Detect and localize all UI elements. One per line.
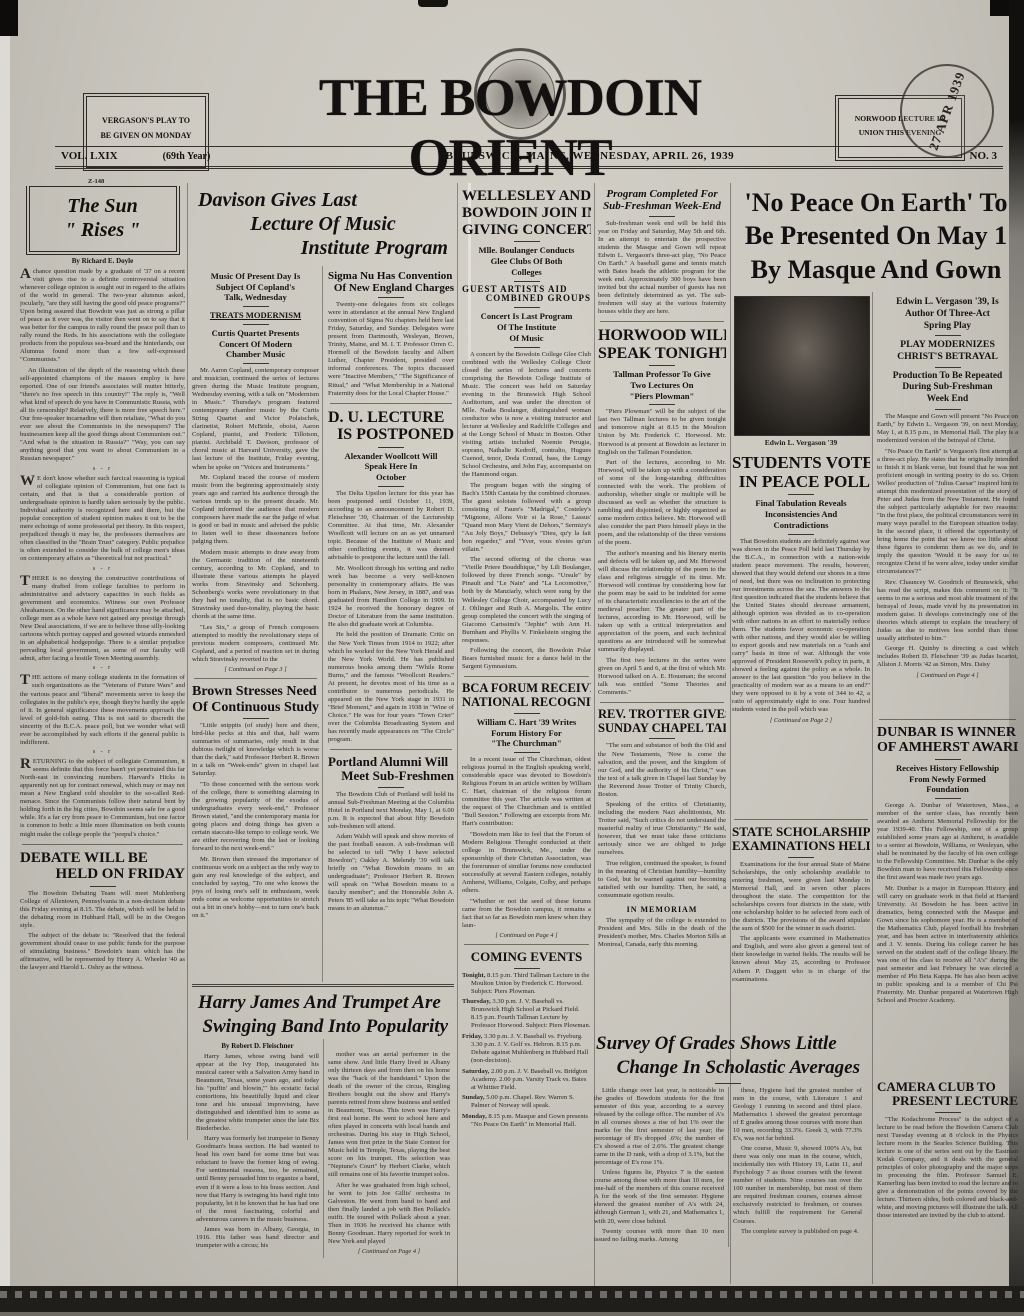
subhead-line: William C. Hart '39 Writes [464,717,589,728]
subhead: Production To Be Repeated During Sub-Fre… [879,371,1016,406]
column-davison: Music Of Present Day Is Subject Of Copla… [192,268,319,982]
brown-heading: Brown Stresses Need Of Continuous Study [192,684,319,715]
horwood-body: "Piers Plowman" will be the subject of t… [598,408,726,697]
heading-rule [378,447,404,448]
paragraph: Sunday, 5.00 p.m. Chapel. Rev. Warren S.… [462,1094,591,1110]
state-scholarship-body: Examinations for the four annual State o… [732,861,870,984]
wellesley-body: A concert by the Bowdoin College Glee Cl… [462,351,591,672]
paragraph: Harry James, whose swing band will appea… [196,1053,319,1133]
brown-body: "Little snippits (of study) here and the… [192,722,319,920]
trotter-heading: REV. TROTTER GIVES SUNDAY CHAPEL TALK [598,708,726,736]
paragraph: "The Kodachrome Process" is the subject … [877,1116,1018,1220]
debate-heading: DEBATE WILL BE HELD ON FRIDAY [20,850,185,883]
paragraph: The Bowdoin Debating Team will meet Muhl… [20,890,185,930]
heading-rule [514,307,540,308]
section-rule [194,678,317,679]
section-separator: s - r [20,466,185,472]
paragraph: Tonight, 8.15 p.m. Third Tallman Lecture… [462,972,591,996]
paragraph: A concert by the Bowdoin College Glee Cl… [462,351,591,480]
paragraph: The complete survey is published on page… [733,1228,862,1236]
paragraph: THE actions of many college students in … [20,674,185,746]
paragraph: Speaking of the critics of Christianity,… [598,801,726,857]
subhead-line: Of The Institute [464,322,589,333]
column-sigma-du-portland: Sigma Nu Has Convention Of New England C… [328,268,454,982]
headline-line: 'No Peace On Earth' To [732,186,1020,219]
subhead: Music Of Present Day Is Subject Of Copla… [194,271,317,303]
paragraph: James was born in Albany, Georgia, in 19… [196,1226,319,1250]
paragraph: Following the concert, the Bowdoin Polar… [462,647,591,671]
heading-line: GIVING CONCERT [462,222,591,239]
peace-poll-heading: STUDENTS VOTE IN PEACE POLL [732,454,870,491]
headline-line: Lecture Of Music [192,212,454,236]
subhead-line: From Newly Formed [879,774,1016,785]
subhead: Receives History Fellowship From Newly F… [879,763,1016,795]
no-peace-headline: 'No Peace On Earth' To Be Presented On M… [732,186,1020,286]
du-lecture-body: The Delta Upsilon lecture for this year … [328,490,454,744]
heading-rule [788,534,814,535]
byline: By Richard E. Doyle [20,257,185,265]
paragraph: Unless figures lie, Physics 7 is the eas… [594,1169,724,1225]
harry-james-headline: Harry James And Trumpet Are Swinging Ban… [192,991,454,1039]
paragraph: these, Hygiene had the greatest number o… [733,1087,862,1143]
heading-line: CAMERA CLUB TO [877,1080,1018,1094]
subhead: Final Tabulation Reveals Inconsistencies… [734,498,868,530]
peace-poll-article: STUDENTS VOTE IN PEACE POLL Final Tabula… [732,452,870,810]
paragraph: Rev. Chauncey W. Goodrich of Brunswick, … [877,579,1018,643]
wellesley-heading: WELLESLEY AND BOWDOIN JOIN IN GIVING CON… [462,188,591,238]
subhead: Mlle. Boulanger Conducts Glee Clubs Of B… [464,245,589,277]
subhead-line: Production To Be Repeated [879,371,1016,383]
subhead-line: Of Music [464,333,589,344]
paragraph: "Bowdoin men like to feel that the Forum… [462,831,591,895]
paragraph: True religion, continued the speaker, is… [598,860,726,900]
subhead-line: Concert Of Modern [194,339,317,350]
column-subfreshman-horwood-trotter: Program Completed For Sub-Freshman Week-… [598,186,726,1028]
heading-rule [649,738,675,739]
paragraph: George H. Quinby is directing a cast whi… [877,645,1018,669]
heading-line: Sub-Freshman Week-End [598,200,726,212]
paragraph: Sub-freshman week end will be held this … [598,220,726,316]
bca-heading: BCA FORUM RECEIVES NATIONAL RECOGNITION [462,682,591,710]
bca-body: In a recent issue of The Churchman, olde… [462,756,591,930]
continued-line: [ Continued on Page 3 ] [192,666,319,673]
subhead-line: Two Lectures On [600,380,724,391]
peace-poll-body: That Bowdoin students are definitely aga… [732,538,870,715]
subhead-line: Foundation [879,784,1016,795]
dunbar-body: George A. Dunbar of Watertown, Mass., a … [877,802,1018,1005]
paragraph: Thursday, 3.30 p.m. J. V. Baseball vs. B… [462,998,591,1030]
heading-line: EXAMINATIONS HELD [732,839,870,853]
column-rule [322,266,323,982]
subhead-line: Concert Is Last Program [464,311,589,322]
subhead-line: PLAY MODERNIZES [879,339,1016,351]
paragraph: Twenty-one delegates from six colleges w… [328,301,454,397]
heading-rule [378,486,404,487]
section-rule [734,819,868,820]
heading-line: D. U. LECTURE [328,409,454,427]
davison-headline: Davison Gives Last Lecture Of Music Inst… [192,188,454,260]
section-rule [464,676,589,677]
heading-rule [90,886,116,887]
subhead-line: CHRIST'S BETRAYAL [879,351,1016,363]
survey-columns: Little change over last year, is noticea… [590,1087,866,1247]
heading-line: Brown Stresses Need [192,684,319,699]
no-peace-body: The Masque and Gown will present "No Pea… [877,413,1018,669]
heading-rule [514,281,540,282]
subhead-line: During Sub-Freshman [879,382,1016,394]
heading-rule [514,968,540,969]
subhead: Tallman Professor To Give Two Lectures O… [600,369,724,401]
heading-rule [243,718,269,719]
sigma-nu-body: Twenty-one delegates from six colleges w… [328,301,454,397]
subhead: Concert Is Last Program Of The Institute… [464,311,589,343]
subhead-line: COMBINED GROUPS [462,294,591,304]
paragraph: Monday, 8.15 p.m. Masque and Gown presen… [462,1113,591,1129]
heading-rule [935,409,961,410]
subhead-line: Chamber Music [194,349,317,360]
subhead-line: Contradictions [734,520,868,531]
heading-rule [935,798,961,799]
subhead-line: Forum History For [464,728,589,739]
paragraph: The applicants were examined in Mathemat… [732,935,870,983]
heading-rule [935,1112,961,1113]
continued-line: [ Continued on Page 4 ] [877,672,1018,679]
heading-line: REV. TROTTER GIVES [598,708,726,722]
paragraph: The Masque and Gown will present "No Pea… [877,413,1018,445]
dunbar-heading: DUNBAR IS WINNER OF AMHERST AWARD [877,725,1018,756]
subhead-line: Speak Here In [330,461,452,472]
du-lecture-heading: D. U. LECTURE IS POSTPONED [328,409,454,444]
headline-line: Institute Program [192,236,454,260]
photo-caption: Edwin L. Vergason '39 [734,438,868,447]
subhead-line: October [330,472,452,483]
heading-line: Of Continuous Study [192,700,319,715]
paragraph: The second offering of the chorus was "V… [462,556,591,644]
issue-number: NO. 3 [970,150,998,162]
heading-rule [649,216,675,217]
paragraph: Examinations for the four annual State o… [732,861,870,933]
subhead-line: Colleges [464,267,589,278]
coming-events-heading: COMING EVENTS [462,950,591,965]
heading-rule [378,787,404,788]
heading-line: WELLESLEY AND [462,188,591,205]
paragraph: George A. Dunbar of Watertown, Mass., a … [877,802,1018,882]
heading-line: PRESENT LECTURE [877,1094,1018,1108]
paragraph: Twenty courses with more than 10 men iss… [594,1228,724,1244]
section-rule [330,749,452,750]
subhead-line: Subject Of Copland's [194,282,317,293]
memoriam-body: The sympathy of the college is extended … [598,917,726,949]
heading-line: IS POSTPONED [328,426,454,444]
paragraph: THERE is no denying the constructive con… [20,575,185,663]
harry-james-columns: By Robert D. Fleischner Harry James, who… [192,1039,454,1259]
sun-rises-title-box: The Sun " Rises " [29,186,177,252]
paragraph: Mr. Aaron Copland, contemporary composer… [192,367,319,471]
stamp-date: 27 APR 1939 [925,70,968,153]
subhead-line: Inconsistencies And [734,509,868,520]
heading-line: DEBATE WILL BE [20,850,185,867]
memoriam-heading: IN MEMORIAM [598,906,726,915]
state-scholarship-article: STATE SCHOLARSHIP EXAMINATIONS HELD Exam… [732,814,870,1062]
paragraph: Mr. Woollcott through his writing and ra… [328,565,454,629]
subhead-line: Alexander Woollcott Will [330,451,452,462]
section-separator: s - r [20,749,185,755]
subhead-line: Mlle. Boulanger Conducts [464,245,589,256]
heading-rule [243,306,269,307]
paragraph: Friday, 3.30 p.m. J. V. Baseball vs. Fry… [462,1033,591,1065]
debate-body: The Bowdoin Debating Team will meet Muhl… [20,890,185,973]
column-rule [872,292,873,1284]
subfreshman-heading: Program Completed For Sub-Freshman Week-… [598,188,726,213]
column-title: The Sun [32,194,174,218]
scan-artifact [0,0,18,36]
section-rule [22,844,183,845]
heading-line: BCA FORUM RECEIVES [462,682,591,696]
state-scholarship-heading: STATE SCHOLARSHIP EXAMINATIONS HELD [732,825,870,854]
heading-line: HORWOOD WILL [598,327,726,345]
subhead-line: "Piers Plowman" [600,391,724,402]
ear-text: BE GIVEN ON MONDAY [87,128,205,143]
heading-line: SPEAK TONIGHT [598,345,726,363]
scan-edge-bottom [0,1286,1024,1316]
paragraph: WE don't know whether such farcical reas… [20,475,185,563]
paragraph: A chance question made by a graduate of … [20,268,185,364]
subhead: Alexander Woollcott Will Speak Here In O… [330,451,452,483]
paragraph: Part of the lectures, according to Mr. H… [598,459,726,547]
section-rule [464,944,589,945]
article-body: these, Hygiene had the greatest number o… [733,1087,862,1237]
paragraph: "No Peace On Earth" is Vergason's first … [877,448,1018,577]
paragraph: "The sum and substance of both the Old a… [598,742,726,798]
scan-artifact [418,0,448,7]
section-separator: s - r [20,566,185,572]
heading-line: Meet Sub-Freshmen [328,769,454,783]
section-rule [600,702,724,703]
paragraph: The program began with the singing of Ba… [462,482,591,554]
paragraph: Mr. Copland traced the course of modern … [192,474,319,546]
paragraph: RETURNING to the subject of collegiate C… [20,758,185,838]
paragraph: Modern music attempts to draw away from … [192,549,319,621]
subhead-line: Edwin L. Vergason '39, Is [879,297,1016,309]
heading-line: SUNDAY CHAPEL TALK [598,722,726,736]
subhead-line: Glee Clubs Of Both [464,256,589,267]
davison-body: Mr. Aaron Copland, contemporary composer… [192,367,319,664]
subhead: William C. Hart '39 Writes Forum History… [464,717,589,749]
heading-rule [935,759,961,760]
horwood-heading: HORWOOD WILL SPEAK TONIGHT [598,327,726,362]
heading-line: STATE SCHOLARSHIP [732,825,870,839]
column-title: " Rises " [32,218,174,242]
section-separator: s - r [20,665,185,671]
paragraph: In a recent issue of The Churchman, olde… [462,756,591,828]
headline-line: Swinging Band Into Popularity [192,1015,454,1039]
paragraph: "Piers Plowman" will be the subject of t… [598,408,726,456]
coming-events-list: Tonight, 8.15 p.m. Third Tallman Lecture… [462,972,591,1129]
paragraph: One course, Music 9, showed 100% A's, bu… [733,1145,862,1225]
heading-rule [514,713,540,714]
subhead-line: Final Tabulation Reveals [734,498,868,509]
heading-rule [649,404,675,405]
paragraph: Saturday, 2.00 p.m. J. V. Baseball vs. B… [462,1068,591,1092]
postmark-stamp: 27 APR 1939 [900,64,994,158]
heading-rule [514,241,540,242]
subhead-caps: GUEST ARTISTS AID COMBINED GROUPS [462,285,591,305]
sigma-nu-heading: Sigma Nu Has Convention Of New England C… [328,270,454,294]
subhead-line: Receives History Fellowship [879,763,1016,774]
harry-james-article: Harry James And Trumpet Are Swinging Ban… [192,984,454,1314]
paragraph: That Bowdoin students are definitely aga… [732,538,870,715]
portland-body: The Bowdoin Club of Portland will hold i… [328,791,454,914]
subhead-line: Tallman Professor To Give [600,369,724,380]
subfreshman-body: Sub-freshman week end will be held this … [598,220,726,316]
portland-heading: Portland Alumni Will Meet Sub-Freshmen [328,755,454,784]
subhead-caps: PLAY MODERNIZES CHRIST'S BETRAYAL [879,339,1016,363]
heading-line: Of New England Charges [328,282,454,294]
newspaper-title: THE BOWDOIN ORIENT [225,68,795,188]
heading-rule [935,335,961,336]
heading-rule [243,363,269,364]
vergason-article: Edwin L. Vergason '39, Is Author Of Thre… [877,294,1018,710]
survey-col-1: Little change over last year, is noticea… [590,1087,728,1247]
dunbar-article: DUNBAR IS WINNER OF AMHERST AWARD Receiv… [877,714,1018,1074]
newspaper-page: VERGASON'S PLAY TO BE GIVEN ON MONDAY Z-… [0,0,1024,1316]
heading-line: HELD ON FRIDAY [20,866,185,883]
harry-james-col-1: By Robert D. Fleischner Harry James, who… [192,1039,323,1259]
paragraph: An illustration of the depth of the reas… [20,367,185,463]
heading-rule [649,365,675,366]
survey-col-2: these, Hygiene had the greatest number o… [728,1087,866,1247]
heading-rule [243,324,269,325]
edition-code: Z-148 [88,178,104,185]
heading-rule [378,297,404,298]
headline-line: Harry James And Trumpet Are [192,991,454,1015]
camera-club-body: "The Kodachrome Process" is the subject … [877,1116,1018,1220]
continued-line: [ Continued on Page 2 ] [732,717,870,724]
paragraph: The sympathy of the college is extended … [598,917,726,949]
paragraph: The subject of the debate is: "Resolved … [20,932,185,972]
subhead-line: Week End [879,394,1016,406]
subhead-line: Author Of Three-Act [879,309,1016,321]
subhead-line: Talk, Wednesday [194,292,317,303]
heading-line: OF AMHERST AWARD [877,740,1018,755]
paragraph: "Les Six," a group of French composers a… [192,624,319,664]
column-rule [187,183,188,1140]
paragraph: The first two lectures in the series wer… [598,657,726,697]
heading-line: IN PEACE POLL [732,473,870,492]
column-editorial: The Sun " Rises " By Richard E. Doyle A … [20,186,185,1306]
heading-line: NATIONAL RECOGNITION [462,696,591,710]
heading-rule [514,347,540,348]
continued-line: [ Continued on Page 4 ] [328,1248,450,1255]
subhead-line: "The Churchman" [464,738,589,749]
paragraph: Mr. Brown then stressed the importance o… [192,856,319,920]
paragraph: "Whether or not the seed of these forums… [462,898,591,930]
scan-edge-right [1009,0,1024,1316]
vergason-portrait-photo [734,296,870,436]
continued-line: [ Continued on Page 4 ] [462,932,591,939]
paragraph: Little change over last year, is noticea… [594,1087,724,1167]
paragraph: Mr. Dunbar is a major in European Histor… [877,885,1018,1005]
subhead-line: Curtis Quartet Presents [194,328,317,339]
paragraph: He held the position of Dramatic Critic … [328,631,454,743]
ear-text: VERGASON'S PLAY TO [87,113,205,128]
subhead: Edwin L. Vergason '39, Is Author Of Thre… [879,297,1016,332]
subhead-line: Music Of Present Day Is [194,271,317,282]
section-rule [879,719,1016,720]
paragraph: After he was graduated from high school,… [328,1182,450,1246]
headline-line: By Masque And Gown [732,253,1020,286]
heading-line: BOWDOIN JOIN IN [462,205,591,222]
byline: By Robert D. Fleischner [196,1042,319,1050]
paragraph: mother was an aerial performer in the sa… [328,1051,450,1180]
trotter-body: "The sum and substance of both the Old a… [598,742,726,900]
paragraph: "Little snippits (of study) here and the… [192,722,319,778]
heading-line: Portland Alumni Will [328,755,454,769]
article-body: mother was an aerial performer in the sa… [328,1039,450,1246]
paragraph: The Bowdoin Club of Portland will hold i… [328,791,454,831]
heading-rule [788,857,814,858]
heading-rule [788,494,814,495]
heading-line: Program Completed For [598,188,726,200]
subhead-line: Spring Play [879,321,1016,333]
editorial-body: A chance question made by a graduate of … [20,268,185,839]
heading-line: Sigma Nu Has Convention [328,270,454,282]
paragraph: Adam Walsh will speak and show movies of… [328,833,454,913]
section-rule [600,321,724,322]
article-body: Harry James, whose swing band will appea… [196,1053,319,1251]
harry-james-col-2: mother was an aerial performer in the sa… [323,1039,454,1259]
paragraph: The author's meaning and his literary me… [598,550,726,654]
camera-club-heading: CAMERA CLUB TO PRESENT LECTURE [877,1080,1018,1109]
volume-label: VOL. LXIX [61,150,118,162]
survey-article: Survey Of Grades Shows Little Change In … [590,1032,866,1284]
year-label: (69th Year) [163,151,211,162]
camera-club-article: CAMERA CLUB TO PRESENT LECTURE "The Koda… [877,1078,1018,1284]
heading-line: STUDENTS VOTE [732,454,870,473]
subhead: Curtis Quartet Presents Concert Of Moder… [194,328,317,360]
section-rule [330,403,452,404]
headline-line: Davison Gives Last [192,188,454,212]
heading-rule [715,1083,741,1084]
headline-line: Be Presented On May 1 [732,219,1020,252]
scan-edge-left [0,0,10,1316]
paragraph: "To those concerned with the serious wor… [192,781,319,853]
subhead-caps: TREATS MODERNISM [194,310,317,321]
paragraph: Harry was formerly hot trumpeter in Benn… [196,1135,319,1223]
column-rule [457,183,458,1306]
paragraph: The Delta Upsilon lecture for this year … [328,490,454,562]
heading-line: DUNBAR IS WINNER [877,725,1018,740]
article-body: Little change over last year, is noticea… [594,1087,724,1245]
heading-rule [514,752,540,753]
column-wellesley-bca-events: WELLESLEY AND BOWDOIN JOIN IN GIVING CON… [462,186,591,1308]
heading-rule [935,367,961,368]
